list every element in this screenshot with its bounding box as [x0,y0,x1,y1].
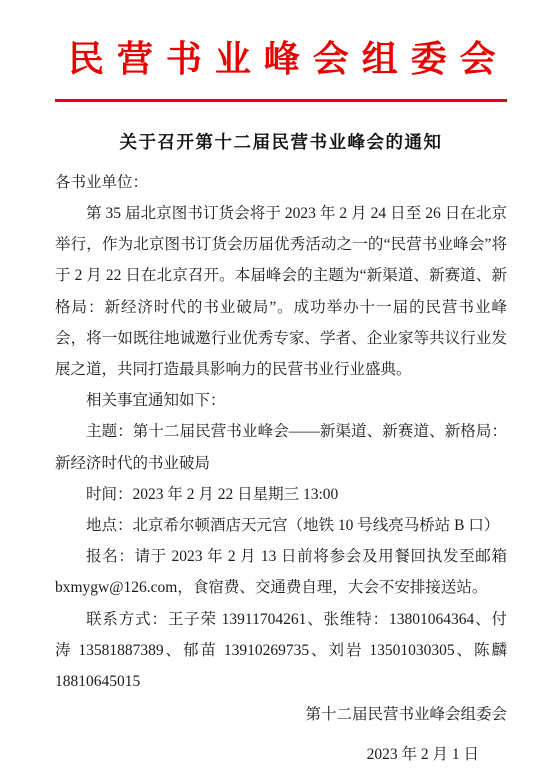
notice-footer: 第十二届民营书业峰会组委会 2023 年 2 月 1 日 [55,699,507,770]
notice-body: 各书业单位： 第 35 届北京图书订货会将于 2023 年 2 月 24 日至 … [55,167,507,697]
detail-contacts: 联系方式：王子荣 13911704261、张维特：13801064364、付涛 … [55,604,507,698]
paragraph-notice-intro: 相关事宜通知如下： [55,385,507,416]
notice-document: 民营书业峰会组委会 关于召开第十二届民营书业峰会的通知 各书业单位： 第 35 … [0,0,559,782]
detail-registration: 报名：请于 2023 年 2 月 13 日前将参会及用餐回执发至邮箱 bxmyg… [55,541,507,603]
letterhead-title: 民营书业峰会组委会 [55,36,507,83]
letterhead-divider-rule [55,99,507,102]
detail-venue: 地点：北京希尔顿酒店天元宫（地铁 10 号线亮马桥站 B 口） [55,510,507,541]
salutation: 各书业单位： [55,167,507,198]
detail-time: 时间：2023 年 2 月 22 日星期三 13:00 [55,479,507,510]
notice-title: 关于召开第十二届民营书业峰会的通知 [55,129,507,154]
paragraph-intro: 第 35 届北京图书订货会将于 2023 年 2 月 24 日至 26 日在北京… [55,198,507,385]
signature-line: 第十二届民营书业峰会组委会 [55,699,507,730]
date-line: 2023 年 2 月 1 日 [55,739,507,770]
detail-theme: 主题：第十二届民营书业峰会——新渠道、新赛道、新格局：新经济时代的书业破局 [55,416,507,478]
